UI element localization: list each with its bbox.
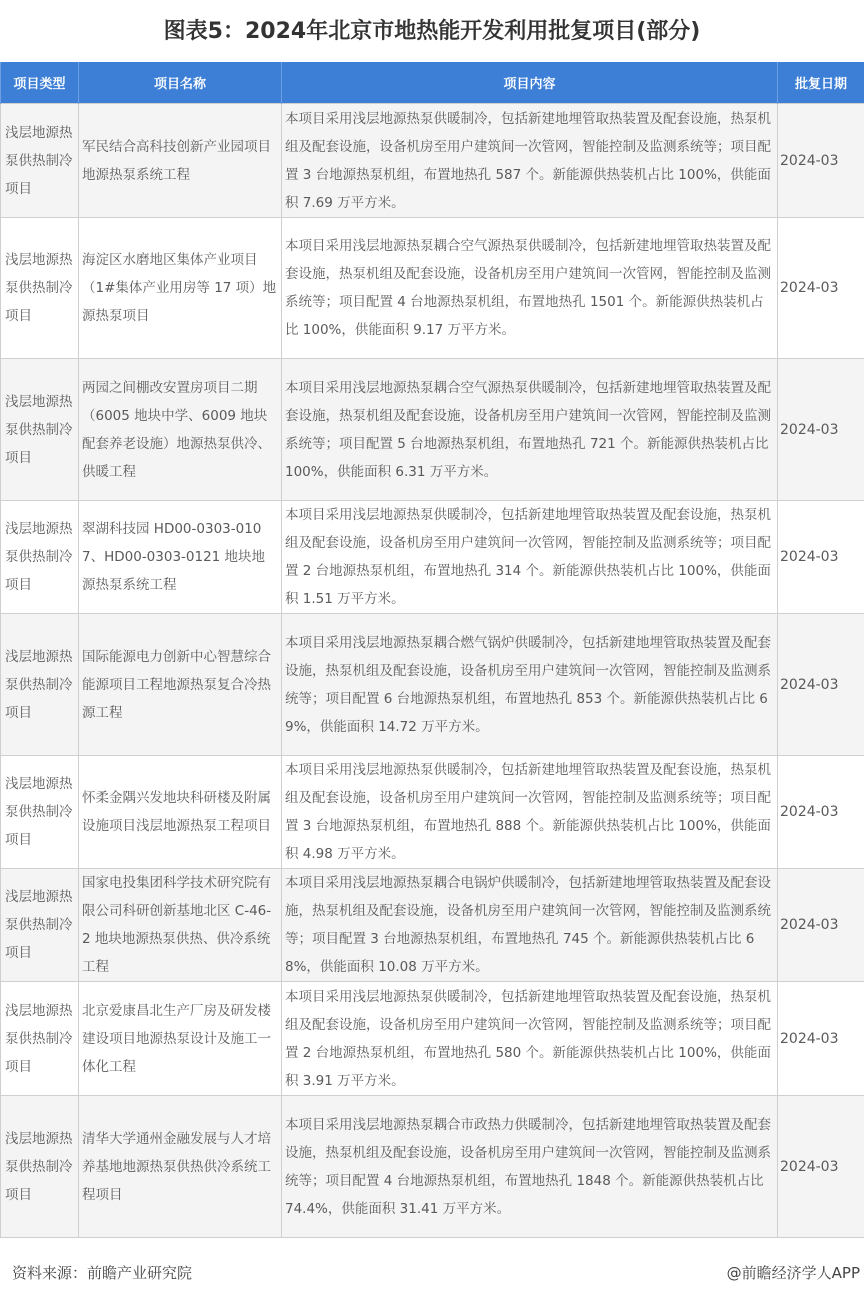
cell-date: 2024-03 xyxy=(778,614,864,756)
table-row: 浅层地源热泵供热制冷项目 军民结合高科技创新产业园项目地源热泵系统工程 本项目采… xyxy=(1,104,864,218)
cell-date: 2024-03 xyxy=(778,1096,864,1238)
figure-title: 图表5：2024年北京市地热能开发利用批复项目(部分) xyxy=(0,14,864,45)
cell-content: 本项目采用浅层地源热泵耦合市政热力供暖制冷，包括新建地埋管取热装置及配套设施，热… xyxy=(282,1096,778,1238)
cell-content: 本项目采用浅层地源热泵耦合燃气锅炉供暖制冷，包括新建地埋管取热装置及配套设施，热… xyxy=(282,614,778,756)
cell-content: 本项目采用浅层地源热泵供暖制冷，包括新建地埋管取热装置及配套设施，热泵机组及配套… xyxy=(282,104,778,218)
cell-type: 浅层地源热泵供热制冷项目 xyxy=(1,614,79,756)
cell-name: 两园之间棚改安置房项目二期（6005 地块中学、6009 地块配套养老设施）地源… xyxy=(79,359,282,501)
cell-name: 军民结合高科技创新产业园项目地源热泵系统工程 xyxy=(79,104,282,218)
table-row: 浅层地源热泵供热制冷项目 翠湖科技园 HD00-0303-0107、HD00-0… xyxy=(1,501,864,614)
cell-date: 2024-03 xyxy=(778,104,864,218)
cell-content: 本项目采用浅层地源热泵供暖制冷，包括新建地埋管取热装置及配套设施，热泵机组及配套… xyxy=(282,501,778,614)
cell-type: 浅层地源热泵供热制冷项目 xyxy=(1,218,79,359)
cell-date: 2024-03 xyxy=(778,869,864,982)
cell-type: 浅层地源热泵供热制冷项目 xyxy=(1,756,79,869)
header-project-type: 项目类型 xyxy=(1,62,79,104)
brand-credit: @前瞻经济学人APP xyxy=(727,1262,860,1283)
table-row: 浅层地源热泵供热制冷项目 国际能源电力创新中心智慧综合能源项目工程地源热泵复合冷… xyxy=(1,614,864,756)
cell-type: 浅层地源热泵供热制冷项目 xyxy=(1,359,79,501)
cell-date: 2024-03 xyxy=(778,218,864,359)
cell-content: 本项目采用浅层地源热泵耦合空气源热泵供暖制冷，包括新建地埋管取热装置及配套设施，… xyxy=(282,218,778,359)
cell-type: 浅层地源热泵供热制冷项目 xyxy=(1,869,79,982)
table-row: 浅层地源热泵供热制冷项目 两园之间棚改安置房项目二期（6005 地块中学、600… xyxy=(1,359,864,501)
cell-name: 国家电投集团科学技术研究院有限公司科研创新基地北区 C-46-2 地块地源热泵供… xyxy=(79,869,282,982)
cell-content: 本项目采用浅层地源热泵耦合电锅炉供暖制冷，包括新建地埋管取热装置及配套设施，热泵… xyxy=(282,869,778,982)
table-row: 浅层地源热泵供热制冷项目 清华大学通州金融发展与人才培养基地地源热泵供热供冷系统… xyxy=(1,1096,864,1238)
table-row: 浅层地源热泵供热制冷项目 怀柔金隅兴发地块科研楼及附属设施项目浅层地源热泵工程项… xyxy=(1,756,864,869)
cell-content: 本项目采用浅层地源热泵耦合空气源热泵供暖制冷，包括新建地埋管取热装置及配套设施，… xyxy=(282,359,778,501)
cell-type: 浅层地源热泵供热制冷项目 xyxy=(1,104,79,218)
data-source-note: 资料来源：前瞻产业研究院 xyxy=(12,1262,192,1283)
cell-type: 浅层地源热泵供热制冷项目 xyxy=(1,501,79,614)
header-approval-date: 批复日期 xyxy=(778,62,864,104)
table-header-row: 项目类型 项目名称 项目内容 批复日期 xyxy=(1,62,864,104)
table-row: 浅层地源热泵供热制冷项目 海淀区水磨地区集体产业项目（1#集体产业用房等 17 … xyxy=(1,218,864,359)
header-project-name: 项目名称 xyxy=(79,62,282,104)
cell-date: 2024-03 xyxy=(778,756,864,869)
table-row: 浅层地源热泵供热制冷项目 北京爱康昌北生产厂房及研发楼建设项目地源热泵设计及施工… xyxy=(1,982,864,1096)
cell-type: 浅层地源热泵供热制冷项目 xyxy=(1,982,79,1096)
cell-name: 国际能源电力创新中心智慧综合能源项目工程地源热泵复合冷热源工程 xyxy=(79,614,282,756)
cell-content: 本项目采用浅层地源热泵供暖制冷，包括新建地埋管取热装置及配套设施，热泵机组及配套… xyxy=(282,756,778,869)
cell-name: 海淀区水磨地区集体产业项目（1#集体产业用房等 17 项）地源热泵项目 xyxy=(79,218,282,359)
cell-content: 本项目采用浅层地源热泵供暖制冷，包括新建地埋管取热装置及配套设施，热泵机组及配套… xyxy=(282,982,778,1096)
table-row: 浅层地源热泵供热制冷项目 国家电投集团科学技术研究院有限公司科研创新基地北区 C… xyxy=(1,869,864,982)
cell-name: 怀柔金隅兴发地块科研楼及附属设施项目浅层地源热泵工程项目 xyxy=(79,756,282,869)
header-project-content: 项目内容 xyxy=(282,62,778,104)
cell-type: 浅层地源热泵供热制冷项目 xyxy=(1,1096,79,1238)
cell-name: 北京爱康昌北生产厂房及研发楼建设项目地源热泵设计及施工一体化工程 xyxy=(79,982,282,1096)
cell-name: 翠湖科技园 HD00-0303-0107、HD00-0303-0121 地块地源… xyxy=(79,501,282,614)
cell-date: 2024-03 xyxy=(778,982,864,1096)
cell-date: 2024-03 xyxy=(778,501,864,614)
cell-name: 清华大学通州金融发展与人才培养基地地源热泵供热供冷系统工程项目 xyxy=(79,1096,282,1238)
cell-date: 2024-03 xyxy=(778,359,864,501)
projects-table: 项目类型 项目名称 项目内容 批复日期 浅层地源热泵供热制冷项目 军民结合高科技… xyxy=(0,62,864,1238)
